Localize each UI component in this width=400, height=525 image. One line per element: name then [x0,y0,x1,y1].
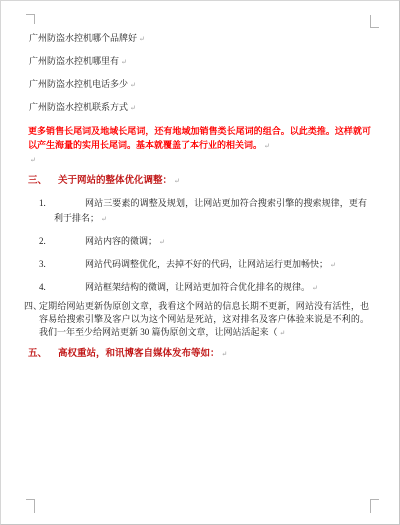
section-three-title: 关于网站的整体优化调整： [58,176,172,186]
lead-red-paragraph: 更多销售长尾词及地域长尾词，还有地域加销售类长尾词的组合。以此类推。这样就可以产… [1,125,399,153]
list-item: 4.网站框架结构的微调，让网站更加符合优化排名的规律。↵ [1,280,399,296]
keyword-line: 广州防盗水控机联系方式↵ [1,102,399,113]
keyword-line: 广州防盗水控机哪个品牌好↵ [1,33,399,44]
paragraph-mark-icon: ↵ [264,142,270,150]
section-five-title: 高权重站，和讯博客自媒体发布等如： [58,349,220,359]
lead-red-paragraph-text: 更多销售长尾词及地域长尾词，还有地域加销售类长尾词的组合。以此类推。这样就可以产… [28,126,371,150]
paragraph-mark-icon: ↵ [312,284,318,292]
keyword-text: 广州防盗水控机哪里有 [29,56,119,66]
list-item-text: 网站框架结构的微调，让网站更加符合优化排名的规律。 [85,282,310,292]
paragraph-mark-icon: ↵ [121,58,127,66]
paragraph-mark-icon: ↵ [30,156,36,164]
keyword-line: 广州防盗水控机电话多少↵ [1,79,399,90]
list-item-number: 2. [39,234,46,249]
section-four-paragraph: 四、定期给网站更新伪原创文章，我看这个网站的信息长期不更新，网站没有活性，也容易… [1,300,399,340]
paragraph-mark-icon: ↵ [280,329,286,337]
section-three-list: 1.网站三要素的调整及规划，让网站更加符合搜索引擎的搜索规律，更有利于排名；↵ … [1,196,399,296]
paragraph-mark-icon: ↵ [159,238,165,246]
section-three-number: 三、 [28,176,58,187]
section-three-heading: 三、关于网站的整体优化调整：↵ [1,176,399,187]
list-item: 2.网站内容的微调；↵ [1,234,399,250]
section-four-number: 四、 [24,300,42,313]
list-item-number: 1. [39,196,46,211]
paragraph-mark-icon: ↵ [101,215,107,223]
list-item-text: 网站代码调整优化，去掉不好的代码，让网站运行更加畅快； [85,259,328,269]
document-page: 广州防盗水控机哪个品牌好↵ 广州防盗水控机哪里有↵ 广州防盗水控机电话多少↵ 广… [0,0,400,525]
paragraph-mark-icon: ↵ [330,261,336,269]
document-content: 广州防盗水控机哪个品牌好↵ 广州防盗水控机哪里有↵ 广州防盗水控机电话多少↵ 广… [1,1,399,360]
keyword-text: 广州防盗水控机哪个品牌好 [29,33,137,43]
keyword-text: 广州防盗水控机联系方式 [29,102,128,112]
section-five-number: 五、 [28,349,58,360]
paragraph-mark-icon: ↵ [130,104,136,112]
empty-paragraph: ↵ [1,153,399,167]
list-item-number: 4. [39,280,46,295]
list-item-number: 3. [39,257,46,272]
paragraph-mark-icon: ↵ [174,177,180,185]
list-item: 3.网站代码调整优化，去掉不好的代码，让网站运行更加畅快；↵ [1,257,399,273]
list-item: 1.网站三要素的调整及规划，让网站更加符合搜索引擎的搜索规律，更有利于排名；↵ [1,196,399,227]
keyword-line: 广州防盗水控机哪里有↵ [1,56,399,67]
section-five-heading: 五、高权重站，和讯博客自媒体发布等如：↵ [1,349,399,360]
text-boundary-mark-bottom-right-icon [370,499,379,513]
paragraph-mark-icon: ↵ [222,350,228,358]
text-boundary-mark-bottom-left-icon [26,499,35,513]
paragraph-mark-icon: ↵ [130,81,136,89]
keyword-text: 广州防盗水控机电话多少 [29,79,128,89]
paragraph-mark-icon: ↵ [139,35,145,43]
section-four-text: 定期给网站更新伪原创文章，我看这个网站的信息长期不更新，网站没有活性，也容易给搜… [39,301,369,337]
list-item-text: 网站内容的微调； [85,236,157,246]
